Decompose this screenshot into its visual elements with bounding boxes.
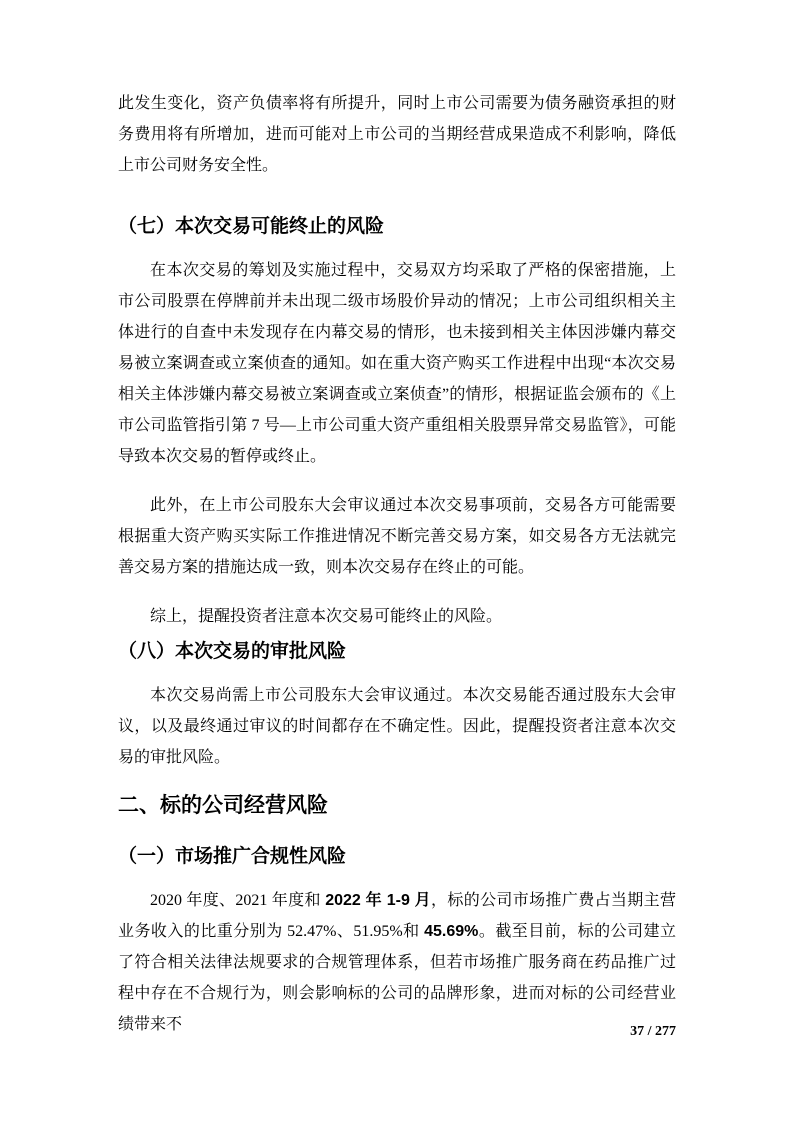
section-7-paragraph-3: 综上，提醒投资者注意本次交易可能终止的风险。 (118, 601, 676, 632)
text-segment: 2020 年度、2021 年度和 (150, 892, 325, 909)
subsection-2-1-paragraph-1: 2020 年度、2021 年度和 2022 年 1-9 月，标的公司市场推广费占… (118, 885, 676, 1040)
bold-text-segment: 2022 年 1-9 月 (325, 892, 431, 909)
section-8-paragraph-1: 本次交易尚需上市公司股东大会审议通过。本次交易能否通过股东大会审议，以及最终通过… (118, 680, 676, 773)
section-heading-7: （七）本次交易可能终止的风险 (118, 213, 676, 241)
carryover-paragraph: 此发生变化，资产负债率将有所提升，同时上市公司需要为债务融资承担的财务费用将有所… (118, 88, 676, 181)
page-number: 37 / 277 (630, 1024, 676, 1040)
section-7-paragraph-1: 在本次交易的筹划及实施过程中，交易双方均采取了严格的保密措施，上市公司股票在停牌… (118, 255, 676, 472)
section-heading-8: （八）本次交易的审批风险 (118, 638, 676, 666)
document-page: 此发生变化，资产负债率将有所提升，同时上市公司需要为债务融资承担的财务费用将有所… (0, 0, 793, 1122)
bold-text-segment: 45.69% (424, 923, 478, 940)
chapter-heading-2: 二、标的公司经营风险 (118, 791, 676, 821)
document-body: 此发生变化，资产负债率将有所提升，同时上市公司需要为债务融资承担的财务费用将有所… (118, 88, 676, 1040)
subsection-heading-2-1: （一）市场推广合规性风险 (118, 843, 676, 871)
section-7-paragraph-2: 此外，在上市公司股东大会审议通过本次交易事项前，交易各方可能需要根据重大资产购买… (118, 490, 676, 583)
